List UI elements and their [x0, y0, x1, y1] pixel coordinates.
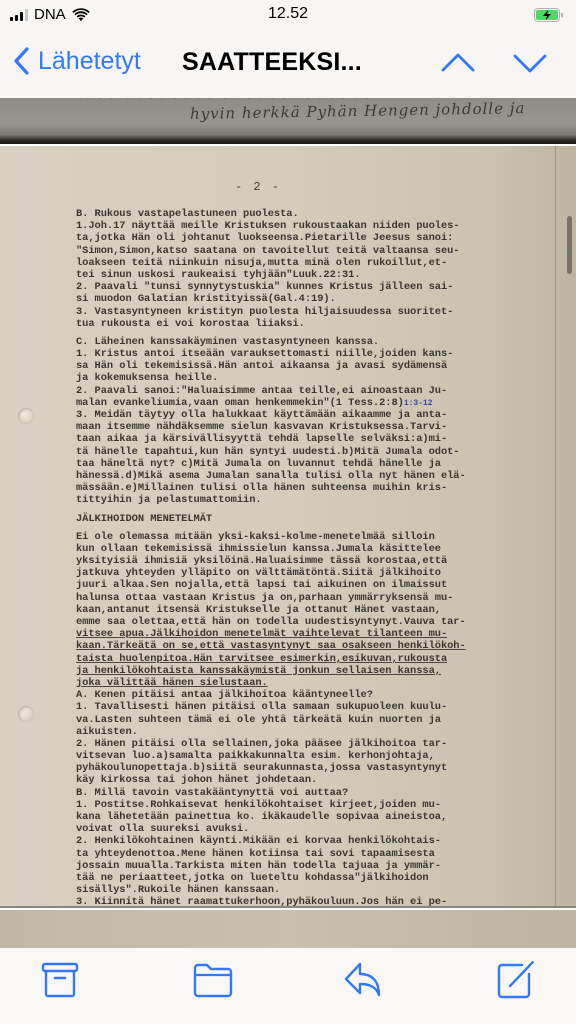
message-subject-title: SAATTEEKSI...: [182, 48, 362, 77]
archive-button[interactable]: [40, 960, 80, 1000]
previous-page-photo: ~~~ ~~~~~~~~ ~~~~~~~~~~~~~ hyvin herkkä …: [0, 98, 576, 144]
document-line: ta yhteydenottoa.Mene hänen kotiinsa tai…: [76, 848, 516, 860]
page-edge: [555, 146, 556, 906]
previous-message-button[interactable]: [440, 50, 476, 76]
document-line: JÄLKIHOIDON MENETELMÄT: [76, 513, 516, 525]
document-line: kaan.Tärkeätä on se,että vastasyntynyt s…: [76, 640, 516, 652]
document-line: loakseen teitä niinkuin nisuja,mutta min…: [76, 257, 516, 269]
document-line: sa Hän oli tekemisissä.Hän antoi aikaans…: [76, 360, 516, 372]
document-line: va.Lasten suhteen tämä ei ole yhtä tärke…: [76, 714, 516, 726]
document-line: halunsa ottaa vastaan Kristus ja on,parh…: [76, 592, 516, 604]
status-time: 12.52: [0, 5, 576, 23]
document-line: tittyihin ja pelastumattomiin.: [76, 494, 516, 506]
document-line: tää ne periaatteet,jotka on lueteltu koh…: [76, 872, 516, 884]
document-line: käy kirkossa tai johon hänet johdetaan.: [76, 774, 516, 786]
document-line: vitsee apua.Jälkihoidon menetelmät vaiht…: [76, 628, 516, 640]
document-line: tei sinun uskosi raukeaisi tyhjään"Luuk.…: [76, 269, 516, 281]
message-body[interactable]: ~~~ ~~~~~~~~ ~~~~~~~~~~~~~ hyvin herkkä …: [0, 98, 576, 945]
document-line: si muodon Galatian kristityissä(Gal.4:19…: [76, 293, 516, 305]
archive-icon: [40, 960, 80, 1000]
document-line: ta,jotka Hän oli johtanut luokseensa.Pie…: [76, 232, 516, 244]
document-line: Ei ole olemassa mitään yksi-kaksi-kolme-…: [76, 531, 516, 543]
document-line: 1.Joh.17 näyttää meille Kristuksen rukou…: [76, 220, 516, 232]
document-line: juuri alkaa.Sen nojalla,että lapsi tai a…: [76, 579, 516, 591]
document-line: malan evankeliumia,vaan oman henkemmekin…: [76, 397, 516, 409]
next-message-button[interactable]: [512, 50, 548, 76]
document-line: A. Kenen pitäisi antaa jälkihoitoa käänt…: [76, 689, 516, 701]
document-line: 2. Paavali sanoi:"Haluaisimme antaa teil…: [76, 385, 516, 397]
document-line: "Simon,Simon,katso saatana on tavoitellu…: [76, 245, 516, 257]
document-line: ja henkilökohtaista kanssakäymistä jonku…: [76, 665, 516, 677]
document-line: jatkuva yhteyden ylläpito on välttämätön…: [76, 567, 516, 579]
move-to-folder-button[interactable]: [193, 960, 233, 1000]
compose-button[interactable]: [496, 960, 536, 1000]
back-button[interactable]: Lähetetyt: [12, 46, 141, 76]
next-attachment-photo: [0, 908, 576, 950]
handwritten-annotation: 1:3-12: [404, 399, 433, 408]
punch-hole: [18, 706, 34, 722]
document-line: sisällys".Rukoile hänen kanssaan.: [76, 884, 516, 896]
document-line: kun ollaan tekemisissä ihmissielun kanss…: [76, 543, 516, 555]
document-line: taa häneltä nyt? c)Mitä Jumala on luvann…: [76, 458, 516, 470]
document-line: 1. Kristus antoi itseään varauksettomast…: [76, 348, 516, 360]
document-line: aikuisten.: [76, 726, 516, 738]
document-line: mässään.e)Millainen tulisi olla hänen su…: [76, 482, 516, 494]
document-line: 2. Hänen pitäisi olla sellainen,joka pää…: [76, 738, 516, 750]
document-line: 2. Paavali "tunsi synnytystuskia" kunnes…: [76, 281, 516, 293]
battery-charging-icon: [534, 8, 564, 22]
document-line: tä hänelle tapahtui,kun hän syntyi uudes…: [76, 446, 516, 458]
document-line: 3. Meidän täytyy olla halukkaat käyttämä…: [76, 409, 516, 421]
document-line: kaan,antanut itsensä Kristukselle ja ott…: [76, 604, 516, 616]
document-line: jossain muualla.Tarkista miten hän todel…: [76, 860, 516, 872]
document-line: 2. Henkilökohtainen käynti.Mikään ei kor…: [76, 835, 516, 847]
document-line: hänessä.d)Mikä asema Jumalan sanalla tul…: [76, 470, 516, 482]
reply-icon: [343, 960, 383, 1000]
document-line: taista huolenpitoa.Hän tarvitsee esimerk…: [76, 653, 516, 665]
document-line: emme saa olettaa,että hän on todella uud…: [76, 616, 516, 628]
page-number: - 2 -: [0, 180, 576, 194]
document-line: taan aikaa ja kärsivällisyyttä tehdä lap…: [76, 433, 516, 445]
folder-icon: [193, 960, 233, 1000]
back-button-label: Lähetetyt: [38, 47, 141, 76]
document-line: kana lähetetään painettua ko. ikäkaudell…: [76, 811, 516, 823]
chevron-left-icon: [12, 46, 32, 76]
document-line: yksityisiä ihmisiä yksilöinä.Haluaisimme…: [76, 555, 516, 567]
document-line: 1. Postitse.Rohkaisevat henkilökohtaiset…: [76, 799, 516, 811]
reply-button[interactable]: [343, 960, 383, 1000]
document-line: 3. Vastasyntyneen kristityn puolesta hil…: [76, 306, 516, 318]
document-page-photo[interactable]: - 2 - B. Rukous vastapelastuneen puolest…: [0, 146, 576, 906]
document-line: maan itsemme nähdäksemme sielun kasvavan…: [76, 421, 516, 433]
document-line: B. Millä tavoin vastakääntynyttä voi aut…: [76, 787, 516, 799]
document-line: vitsevan luo.a)samalta paikkakunnalta es…: [76, 750, 516, 762]
document-line: joka välittää hänen sielustaan.: [76, 677, 516, 689]
document-line: B. Rukous vastapelastuneen puolesta.: [76, 208, 516, 220]
document-line: tua rukousta ei voi korostaa liiaksi.: [76, 318, 516, 330]
navigation-bar: Lähetetyt SAATTEEKSI...: [0, 30, 576, 98]
bottom-toolbar: [0, 948, 576, 1024]
document-line: ja kokemuksensa heille.: [76, 372, 516, 384]
mail-message-screen: DNA 12.52 Lähetetyt SAATTEEKSI...: [0, 0, 576, 1024]
document-line: pyhäkoulunopettaja.b)siitä seurakunnasta…: [76, 762, 516, 774]
typewritten-text: B. Rukous vastapelastuneen puolesta.1.Jo…: [76, 208, 516, 921]
document-line: voivat olla suureksi avuksi.: [76, 823, 516, 835]
compose-icon: [496, 960, 536, 1000]
document-line: C. Läheinen kanssakäyminen vastasyntynee…: [76, 336, 516, 348]
punch-hole: [18, 408, 34, 424]
scrollbar[interactable]: [567, 216, 572, 274]
document-line: 1. Tavallisesti hänen pitäisi olla samaa…: [76, 701, 516, 713]
status-bar: DNA 12.52: [0, 0, 576, 30]
